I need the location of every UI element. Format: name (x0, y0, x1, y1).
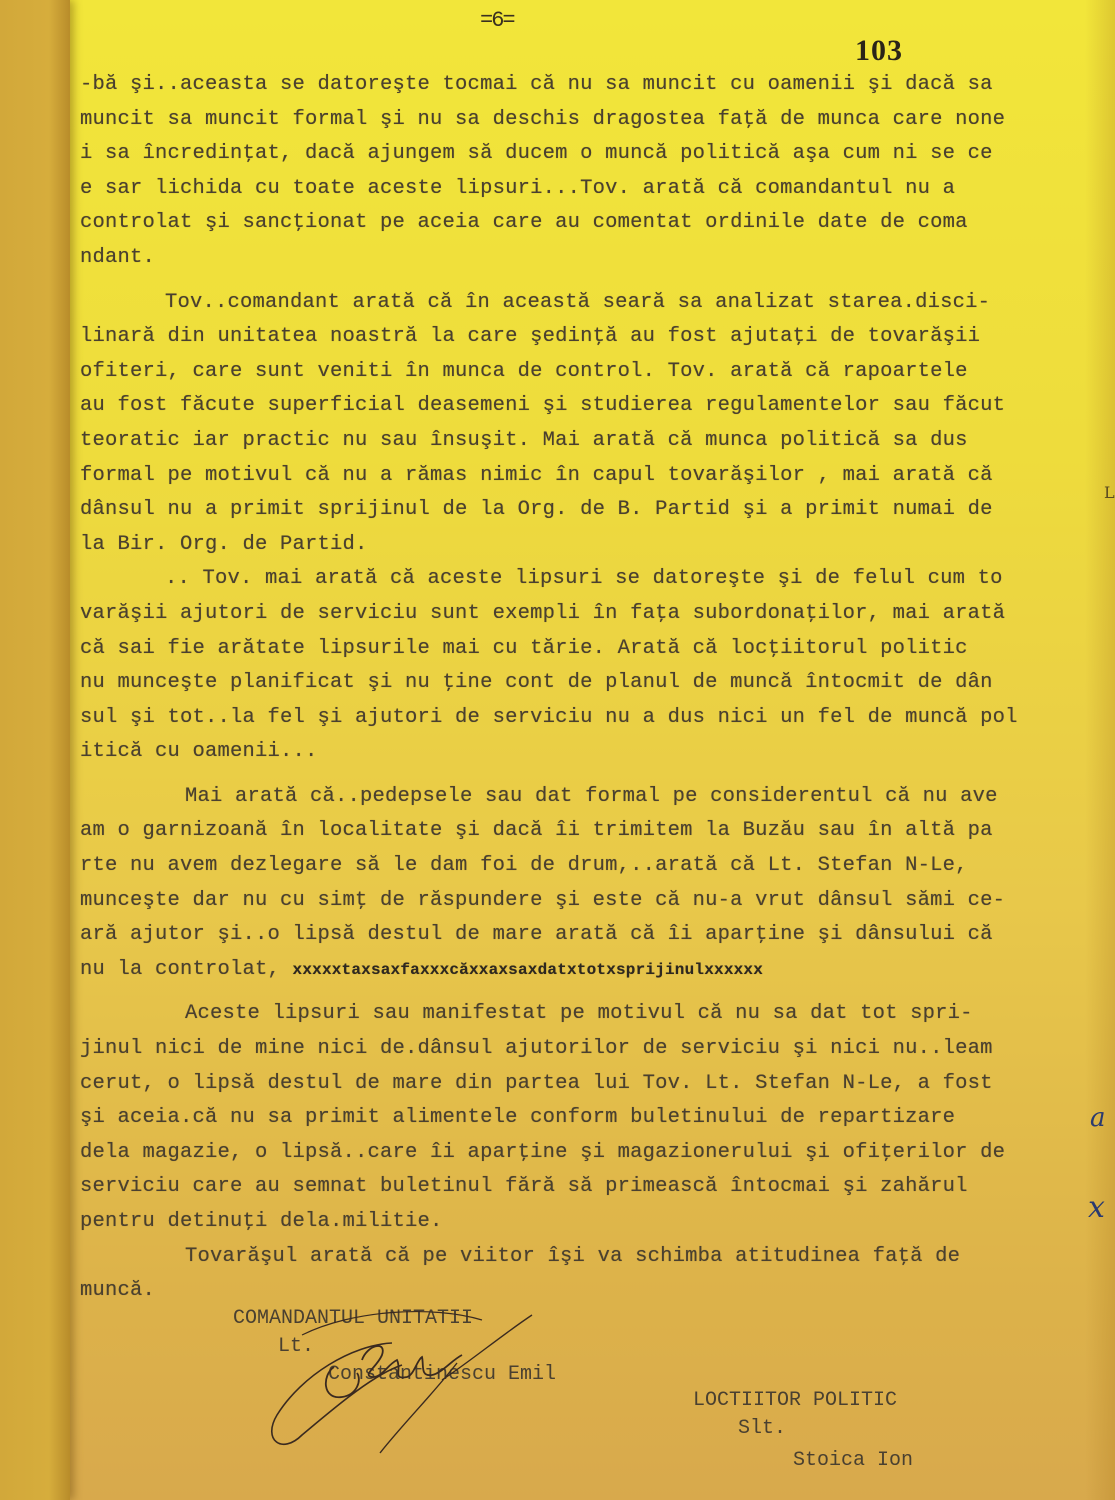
text-line: dânsul nu a primit sprijinul de la Org. … (80, 493, 1115, 528)
text-line: dela magazie, o lipsă..care îi aparţine … (80, 1136, 1115, 1171)
line-text: serviciu care au semnat buletinul fără s… (80, 1175, 968, 1198)
line-text: rte nu avem dezlegare să le dam foi de d… (80, 854, 968, 877)
struck-out-text: xxxxxtaxsaxfaxxxcăxxaxsaxdatxtotxsprijin… (293, 961, 763, 979)
text-line (80, 987, 1115, 997)
page-number: =6= (480, 8, 514, 33)
text-line: itică cu oamenii... (80, 735, 1115, 770)
line-text: Tovarăşul arată că pe viitor îşi va schi… (185, 1245, 960, 1268)
line-text: jinul nici de mine nici de.dânsul ajutor… (80, 1037, 993, 1060)
text-line: sul şi tot..la fel şi ajutori de servici… (80, 701, 1115, 736)
text-line: cerut, o lipsă destul de mare din partea… (80, 1067, 1115, 1102)
line-text: i sa încredinţat, dacă ajungem să ducem … (80, 142, 993, 165)
text-line (80, 276, 1115, 286)
line-text: itică cu oamenii... (80, 740, 318, 763)
line-text: formal pe motivul că nu a rămas nimic în… (80, 464, 993, 487)
line-text: dela magazie, o lipsă..care îi aparţine … (80, 1141, 1005, 1164)
facing-page-edge (0, 0, 70, 1500)
text-line: şi aceia.că nu sa primit alimentele conf… (80, 1101, 1115, 1136)
document-body: -bă şi..aceasta se datoreşte tocmai că n… (80, 68, 1115, 1309)
line-text: şi aceia.că nu sa primit alimentele conf… (80, 1106, 955, 1129)
text-line: nu munceşte planificat şi nu ţine cont d… (80, 666, 1115, 701)
line-text: cerut, o lipsă destul de mare din partea… (80, 1072, 993, 1095)
folio-number: 103 (855, 34, 903, 68)
line-text: Tov..comandant arată că în această seară… (165, 291, 990, 314)
text-line: Tovarăşul arată că pe viitor îşi va schi… (80, 1240, 1115, 1275)
text-line: munceşte dar nu cu simţ de răspundere şi… (80, 884, 1115, 919)
text-line: muncit sa muncit formal şi nu sa deschis… (80, 103, 1115, 138)
line-text: e sar lichida cu toate aceste lipsuri...… (80, 177, 955, 200)
line-text: că sai fie arătate lipsurile mai cu tări… (80, 637, 968, 660)
text-line: ofiteri, care sunt veniti în munca de co… (80, 355, 1115, 390)
text-line: la Bir. Org. de Partid. (80, 528, 1115, 563)
line-text: muncit sa muncit formal şi nu sa deschis… (80, 108, 1005, 131)
line-text: nu la controlat, (80, 958, 293, 981)
text-line: .. Tov. mai arată că aceste lipsuri se d… (80, 562, 1115, 597)
text-line: varăşii ajutori de serviciu sunt exempli… (80, 597, 1115, 632)
margin-note-x: x (1088, 1190, 1105, 1225)
line-text: ofiteri, care sunt veniti în munca de co… (80, 360, 968, 383)
line-text: ară ajutor şi..o lipsă destul de mare ar… (80, 923, 993, 946)
text-line: rte nu avem dezlegare să le dam foi de d… (80, 849, 1115, 884)
line-text: muncă. (80, 1279, 155, 1302)
text-line: ndant. (80, 241, 1115, 276)
line-text: linară din unitatea noastră la care şedi… (80, 325, 980, 348)
line-text: ndant. (80, 246, 155, 269)
line-text: la Bir. Org. de Partid. (80, 533, 368, 556)
text-line: că sai fie arătate lipsurile mai cu tări… (80, 632, 1115, 667)
text-line: linară din unitatea noastră la care şedi… (80, 320, 1115, 355)
line-text: .. Tov. mai arată că aceste lipsuri se d… (165, 567, 1003, 590)
text-line: -bă şi..aceasta se datoreşte tocmai că n… (80, 68, 1115, 103)
political-deputy-title: LOCTIITOR POLITIC (693, 1387, 897, 1415)
text-line: Aceste lipsuri sau manifestat pe motivul… (80, 997, 1115, 1032)
text-line: jinul nici de mine nici de.dânsul ajutor… (80, 1032, 1115, 1067)
text-line: teoratic iar practic nu sau însuşit. Mai… (80, 424, 1115, 459)
text-line: Mai arată că..pedepsele sau dat formal p… (80, 780, 1115, 815)
text-line: serviciu care au semnat buletinul fără s… (80, 1170, 1115, 1205)
line-text: -bă şi..aceasta se datoreşte tocmai că n… (80, 73, 993, 96)
line-text: munceşte dar nu cu simţ de răspundere şi… (80, 889, 1005, 912)
line-text: au fost făcute superficial deasemeni şi … (80, 394, 1005, 417)
text-line: formal pe motivul că nu a rămas nimic în… (80, 459, 1115, 494)
line-text: sul şi tot..la fel şi ajutori de servici… (80, 706, 1018, 729)
margin-note-a: a (1090, 1103, 1106, 1133)
line-text: varăşii ajutori de serviciu sunt exempli… (80, 602, 1005, 625)
text-line: ară ajutor şi..o lipsă destul de mare ar… (80, 918, 1115, 953)
political-deputy-name: Stoica Ion (793, 1447, 913, 1475)
text-line: nu la controlat, xxxxxtaxsaxfaxxxcăxxaxs… (80, 953, 1115, 988)
text-line: pentru detinuţi dela.militie. (80, 1205, 1115, 1240)
line-text: dânsul nu a primit sprijinul de la Org. … (80, 498, 993, 521)
line-text: pentru detinuţi dela.militie. (80, 1210, 443, 1233)
text-line: e sar lichida cu toate aceste lipsuri...… (80, 172, 1115, 207)
text-line: Tov..comandant arată că în această seară… (80, 286, 1115, 321)
text-line: am o garnizoană în localitate şi dacă îi… (80, 814, 1115, 849)
handwritten-signature-icon (262, 1305, 562, 1455)
line-text: nu munceşte planificat şi nu ţine cont d… (80, 671, 993, 694)
line-text: Aceste lipsuri sau manifestat pe motivul… (185, 1002, 973, 1025)
line-text: controlat şi sancţionat pe aceia care au… (80, 211, 968, 234)
line-text: teoratic iar practic nu sau însuşit. Mai… (80, 429, 968, 452)
text-line: au fost făcute superficial deasemeni şi … (80, 389, 1115, 424)
text-line (80, 770, 1115, 780)
political-deputy-rank: Slt. (738, 1415, 786, 1443)
text-line: muncă. (80, 1274, 1115, 1309)
line-text: Mai arată că..pedepsele sau dat formal p… (185, 785, 998, 808)
text-line: i sa încredinţat, dacă ajungem să ducem … (80, 137, 1115, 172)
line-text: am o garnizoană în localitate şi dacă îi… (80, 819, 993, 842)
text-line: controlat şi sancţionat pe aceia care au… (80, 206, 1115, 241)
edge-mark: L (1104, 483, 1115, 502)
political-deputy-signature-block: LOCTIITOR POLITIC Slt. Stoica Ion (693, 1387, 897, 1415)
